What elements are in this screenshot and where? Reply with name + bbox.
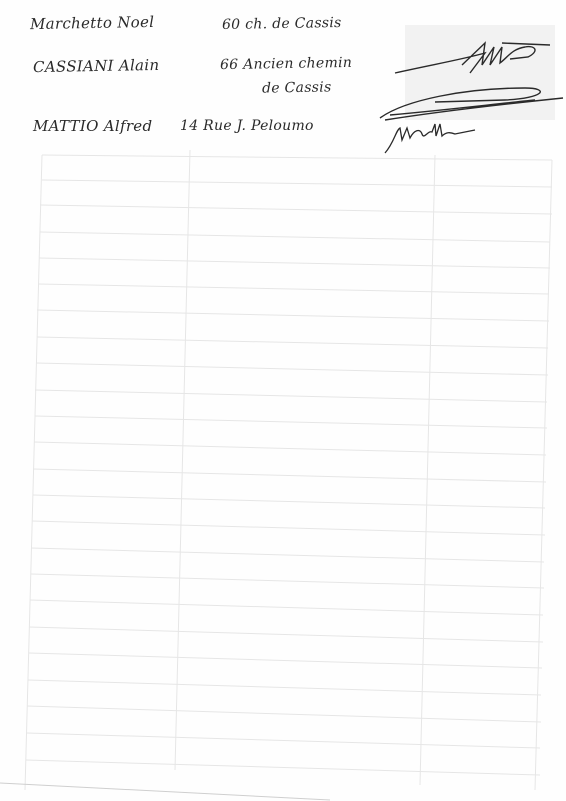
entry-2-name: CASSIANI Alain [33, 56, 160, 76]
entry-1-name: Marchetto Noel [30, 13, 155, 33]
entry-1-address: 60 ch. de Cassis [222, 15, 342, 33]
entry-3-name: MATTIO Alfred [33, 117, 152, 135]
scanned-page: Marchetto Noel 60 ch. de Cassis CASSIANI… [0, 0, 566, 801]
entry-3-signature [380, 118, 480, 158]
entry-1-signature [390, 35, 560, 80]
entry-2-address-line2: de Cassis [262, 79, 332, 96]
entry-3-address: 14 Rue J. Peloumo [180, 118, 314, 134]
entry-2-address-line1: 66 Ancien chemin [220, 55, 352, 73]
